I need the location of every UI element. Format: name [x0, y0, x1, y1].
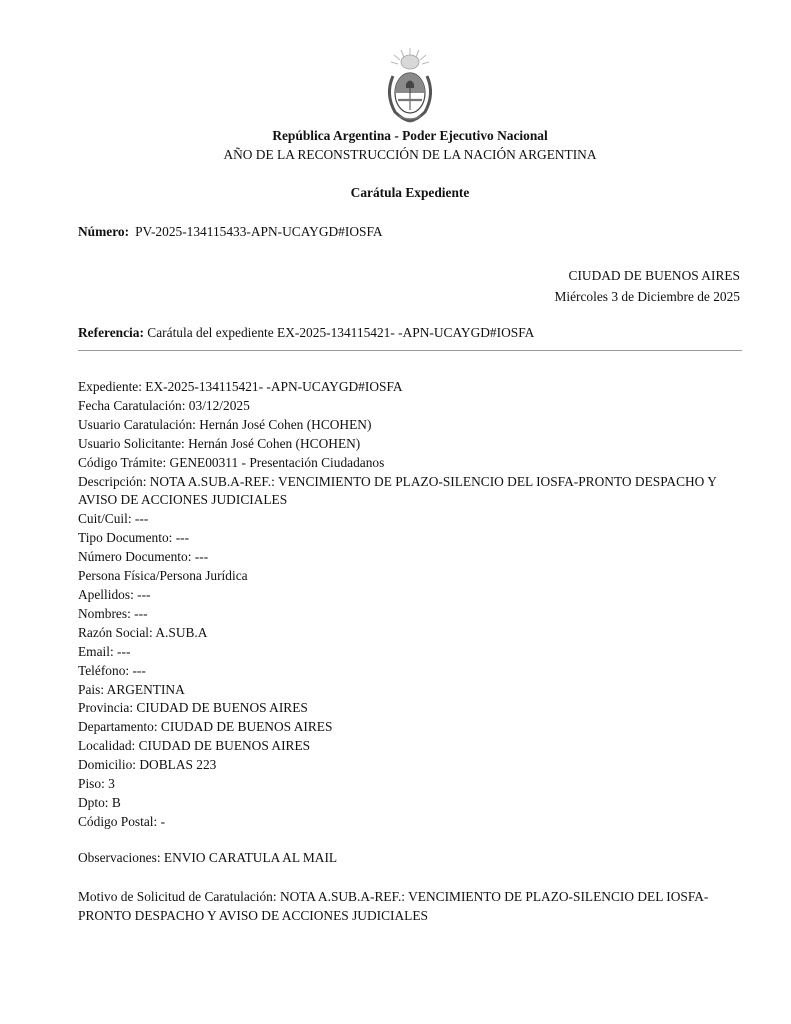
field-line: Apellidos: --- — [78, 586, 738, 605]
observaciones: Observaciones: ENVIO CARATULA AL MAIL — [78, 850, 337, 866]
separator-line — [78, 350, 742, 351]
field-line: Nombres: --- — [78, 605, 738, 624]
header-subtitle: AÑO DE LA RECONSTRUCCIÓN DE LA NACIÓN AR… — [0, 147, 791, 163]
referencia-value: Carátula del expediente EX-2025-13411542… — [147, 325, 534, 340]
field-line: Email: --- — [78, 643, 738, 662]
field-line: Localidad: CIUDAD DE BUENOS AIRES — [78, 737, 738, 756]
field-line: Usuario Caratulación: Hernán José Cohen … — [78, 416, 738, 435]
argentina-coat-of-arms-icon — [383, 46, 437, 124]
field-line: Razón Social: A.SUB.A — [78, 624, 738, 643]
referencia-line: Referencia: Carátula del expediente EX-2… — [78, 325, 534, 341]
field-line: Tipo Documento: --- — [78, 529, 738, 548]
field-line: Pais: ARGENTINA — [78, 681, 738, 700]
field-line: Domicilio: DOBLAS 223 — [78, 756, 738, 775]
header-title: República Argentina - Poder Ejecutivo Na… — [0, 128, 791, 144]
field-line: Fecha Caratulación: 03/12/2025 — [78, 397, 738, 416]
field-line: Expediente: EX-2025-134115421- -APN-UCAY… — [78, 378, 738, 397]
field-line: Persona Física/Persona Jurídica — [78, 567, 738, 586]
field-line: Piso: 3 — [78, 775, 738, 794]
field-line: Usuario Solicitante: Hernán José Cohen (… — [78, 435, 738, 454]
city: CIUDAD DE BUENOS AIRES — [554, 265, 740, 286]
motivo-solicitud: Motivo de Solicitud de Caratulación: NOT… — [78, 887, 738, 925]
field-line: Descripción: NOTA A.SUB.A-REF.: VENCIMIE… — [78, 473, 738, 511]
field-line: Cuit/Cuil: --- — [78, 510, 738, 529]
date: Miércoles 3 de Diciembre de 2025 — [554, 286, 740, 307]
numero-value: PV-2025-134115433-APN-UCAYGD#IOSFA — [135, 224, 383, 239]
field-line: Código Trámite: GENE00311 - Presentación… — [78, 454, 738, 473]
field-line: Número Documento: --- — [78, 548, 738, 567]
field-line: Provincia: CIUDAD DE BUENOS AIRES — [78, 699, 738, 718]
expediente-fields: Expediente: EX-2025-134115421- -APN-UCAY… — [78, 378, 738, 832]
field-line: Departamento: CIUDAD DE BUENOS AIRES — [78, 718, 738, 737]
place-date-block: CIUDAD DE BUENOS AIRES Miércoles 3 de Di… — [554, 265, 740, 307]
field-line: Código Postal: - — [78, 813, 738, 832]
referencia-label: Referencia: — [78, 325, 144, 340]
numero-label: Número: — [78, 224, 129, 239]
numero-line: Número:PV-2025-134115433-APN-UCAYGD#IOSF… — [78, 224, 383, 240]
field-line: Teléfono: --- — [78, 662, 738, 681]
field-line: Dpto: B — [78, 794, 738, 813]
document-type-title: Carátula Expediente — [0, 185, 791, 201]
